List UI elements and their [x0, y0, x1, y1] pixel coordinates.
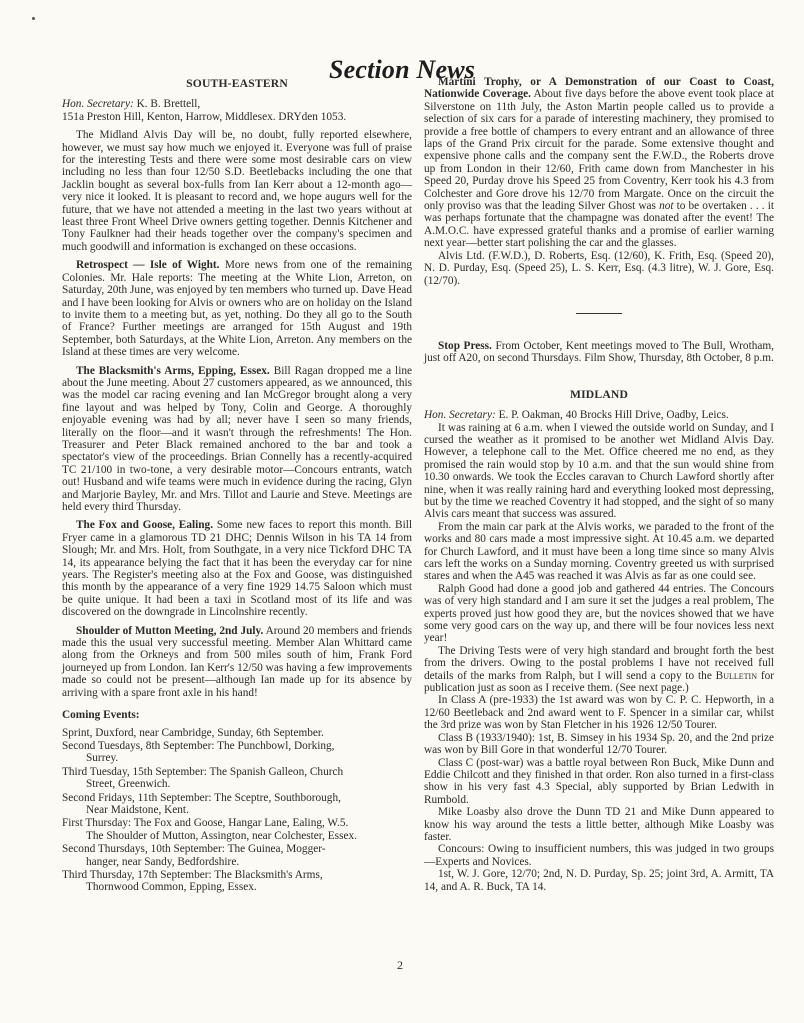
stop-press: Stop Press. From October, Kent meetings … [424, 340, 774, 365]
stop-press-heading: Stop Press. [438, 340, 492, 352]
left-column: SOUTH-EASTERN Hon. Secretary: K. B. Bret… [62, 78, 412, 895]
event-item: First Thursday: The Fox and Goose, Hanga… [62, 817, 412, 842]
event-sub: Surrey. [74, 752, 118, 764]
right-column: Martini Trophy, or A Demonstration of ou… [424, 76, 774, 893]
scan-speck [32, 17, 35, 20]
result-paragraph: Class B (1933/1940): 1st, B. Simsey in h… [424, 732, 774, 757]
midland-secretary: Hon. Secretary: E. P. Oakman, 40 Brocks … [424, 409, 774, 421]
martini-entrants: Alvis Ltd. (F.W.D.), D. Roberts, Esq. (1… [424, 250, 774, 287]
article-martini-trophy: Martini Trophy, or A Demonstration of ou… [424, 76, 774, 250]
event-main: Second Tuesdays, 8th September: The Punc… [62, 740, 334, 752]
event-sub: hanger, near Sandy, Bedfordshire. [74, 856, 239, 868]
event-item: Third Thursday, 17th September: The Blac… [62, 869, 412, 894]
midland-paragraph: It was raining at 6 a.m. when I viewed t… [424, 422, 774, 521]
secretary-line: Hon. Secretary: K. B. Brettell, [62, 98, 412, 110]
result-paragraph: Class C (post-war) was a battle royal be… [424, 757, 774, 807]
article-body: Some new faces to report this month. Bil… [62, 519, 412, 618]
event-main: First Thursday: The Fox and Goose, Hanga… [62, 817, 348, 829]
event-item: Second Tuesdays, 8th September: The Punc… [62, 740, 412, 765]
section-heading-midland: MIDLAND [424, 389, 774, 401]
result-paragraph: 1st, W. J. Gore, 12/70; 2nd, N. D. Purda… [424, 868, 774, 893]
intro-paragraph: The Midland Alvis Day will be, no doubt,… [62, 129, 412, 253]
midland-paragraph: Ralph Good had done a good job and gathe… [424, 583, 774, 645]
result-paragraph: Mike Loasby also drove the Dunn TD 21 an… [424, 806, 774, 843]
secretary-address: 151a Preston Hill, Kenton, Harrow, Middl… [62, 111, 412, 123]
coming-events-list: Sprint, Duxford, near Cambridge, Sunday,… [62, 727, 412, 894]
secretary-name: K. B. Brettell, [137, 98, 201, 110]
article-body: More news from one of the remaining Colo… [62, 259, 412, 358]
event-main: Third Tuesday, 15th September: The Spani… [62, 766, 343, 778]
result-paragraph: Concours: Owing to insufficient numbers,… [424, 843, 774, 868]
article-body: Bill Ragan dropped me a line about the J… [62, 365, 412, 513]
secretary-label: Hon. Secretary: [62, 98, 134, 110]
article-fox-and-goose: The Fox and Goose, Ealing. Some new face… [62, 519, 412, 618]
emphasis-word: not [659, 200, 673, 212]
event-item: Third Tuesday, 15th September: The Spani… [62, 766, 412, 791]
secretary-label: Hon. Secretary: [424, 409, 496, 421]
bulletin-word: Bulletin [716, 670, 757, 682]
event-item: Second Thursdays, 10th September: The Gu… [62, 843, 412, 868]
event-sub: Near Maidstone, Kent. [74, 804, 189, 816]
article-heading: Shoulder of Mutton Meeting, 2nd July. [76, 625, 263, 637]
event-main: Second Fridays, 11th September: The Scep… [62, 792, 341, 804]
secretary-text: E. P. Oakman, 40 Brocks Hill Drive, Oadb… [499, 409, 729, 421]
event-sub: The Shoulder of Mutton, Assington, near … [74, 830, 357, 842]
coming-events-heading: Coming Events: [62, 709, 412, 721]
page-number: 2 [397, 958, 403, 973]
article-shoulder-of-mutton: Shoulder of Mutton Meeting, 2nd July. Ar… [62, 625, 412, 699]
midland-paragraph: From the main car park at the Alvis work… [424, 521, 774, 583]
article-blacksmiths-arms: The Blacksmith's Arms, Epping, Essex. Bi… [62, 365, 412, 514]
event-item: Second Fridays, 11th September: The Scep… [62, 792, 412, 817]
event-main: Second Thursdays, 10th September: The Gu… [62, 843, 326, 855]
result-paragraph: In Class A (pre-1933) the 1st award was … [424, 694, 774, 731]
article-heading: Retrospect — Isle of Wight. [76, 259, 220, 271]
event-main: Sprint, Duxford, near Cambridge, Sunday,… [62, 727, 324, 739]
article-isle-of-wight: Retrospect — Isle of Wight. More news fr… [62, 259, 412, 358]
event-sub: Thornwood Common, Epping, Essex. [74, 881, 257, 893]
article-heading: The Fox and Goose, Ealing. [76, 519, 213, 531]
article-heading: The Blacksmith's Arms, Epping, Essex. [76, 365, 270, 377]
event-sub: Street, Greenwich. [74, 778, 170, 790]
section-heading-south-eastern: SOUTH-EASTERN [62, 78, 412, 90]
event-item: Sprint, Duxford, near Cambridge, Sunday,… [62, 727, 412, 739]
event-main: Third Thursday, 17th September: The Blac… [62, 869, 323, 881]
section-divider [576, 313, 622, 314]
article-body: About five days before the above event t… [424, 88, 774, 212]
midland-driving-tests: The Driving Tests were of very high stan… [424, 645, 774, 695]
